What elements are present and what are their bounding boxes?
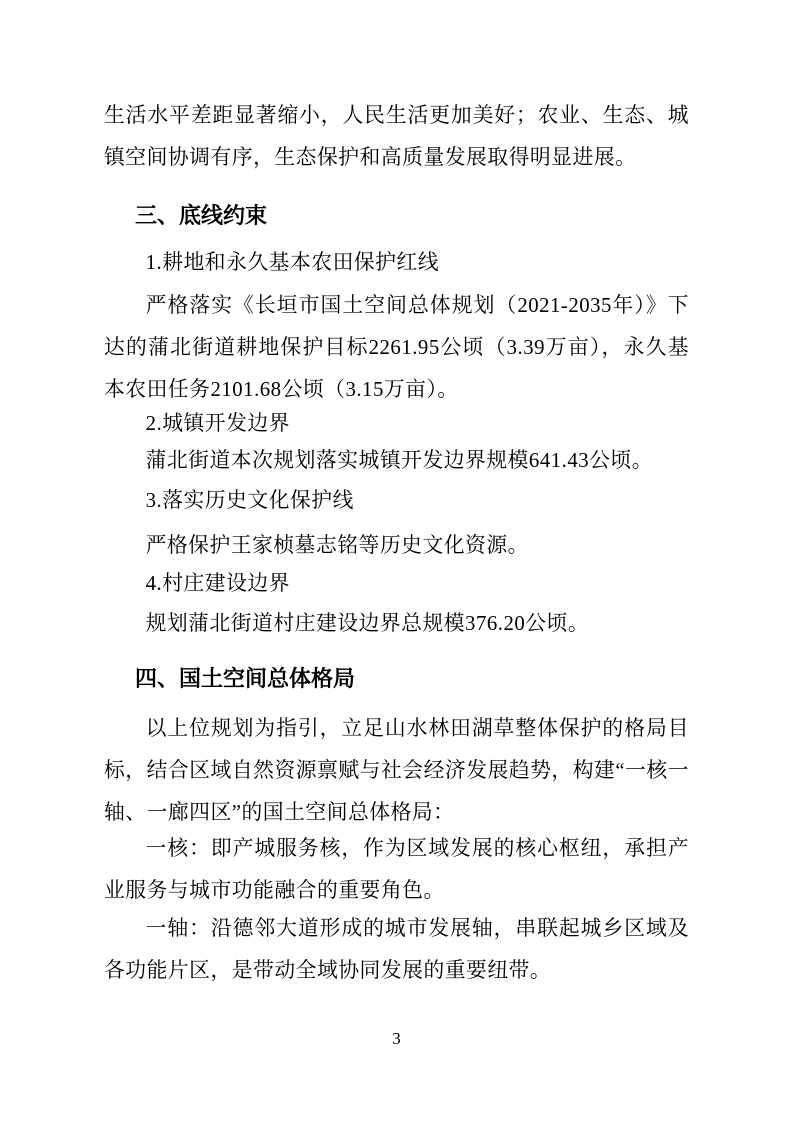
heading-section-3-bottom-line-constraints: 三、底线约束 [135, 195, 689, 237]
subheading-4-village-construction-boundary: 4.村庄建设边界 [104, 563, 689, 605]
page-number: 3 [0, 1028, 793, 1050]
para-village-boundary-scale: 规划蒲北街道村庄建设边界总规模376.20公顷。 [104, 603, 689, 645]
document-content: 生活水平差距显著缩小，人民生活更加美好；农业、生态、城镇空间协调有序，生态保护和… [0, 0, 793, 992]
para-overview-continuation: 生活水平差距显著缩小，人民生活更加美好；农业、生态、城镇空间协调有序，生态保护和… [104, 95, 689, 179]
subheading-1-farmland-redline: 1.耕地和永久基本农田保护红线 [104, 242, 689, 284]
subheading-3-historic-culture-protection-line: 3.落实历史文化保护线 [104, 480, 689, 522]
para-historic-protection: 严格保护王家桢墓志铭等历史文化资源。 [104, 525, 689, 567]
para-spatial-pattern-overview: 以上位规划为指引，立足山水林田湖草整体保护的格局目标，结合区域自然资源禀赋与社会… [104, 708, 689, 834]
para-one-axis: 一轴：沿德邻大道形成的城市发展轴，串联起城乡区域及各功能片区，是带动全域协同发展… [104, 908, 689, 992]
heading-section-4-territorial-spatial-pattern: 四、国土空间总体格局 [135, 658, 689, 700]
para-farmland-protection-targets: 严格落实《长垣市国土空间总体规划（2021-2035年）》下达的蒲北街道耕地保护… [104, 285, 689, 411]
para-urban-boundary-scale: 蒲北街道本次规划落实城镇开发边界规模641.43公顷。 [104, 440, 689, 482]
para-one-core: 一核：即产城服务核，作为区域发展的核心枢纽，承担产业服务与城市功能融合的重要角色… [104, 828, 689, 912]
document-page: 生活水平差距显著缩小，人民生活更加美好；农业、生态、城镇空间协调有序，生态保护和… [0, 0, 793, 1122]
